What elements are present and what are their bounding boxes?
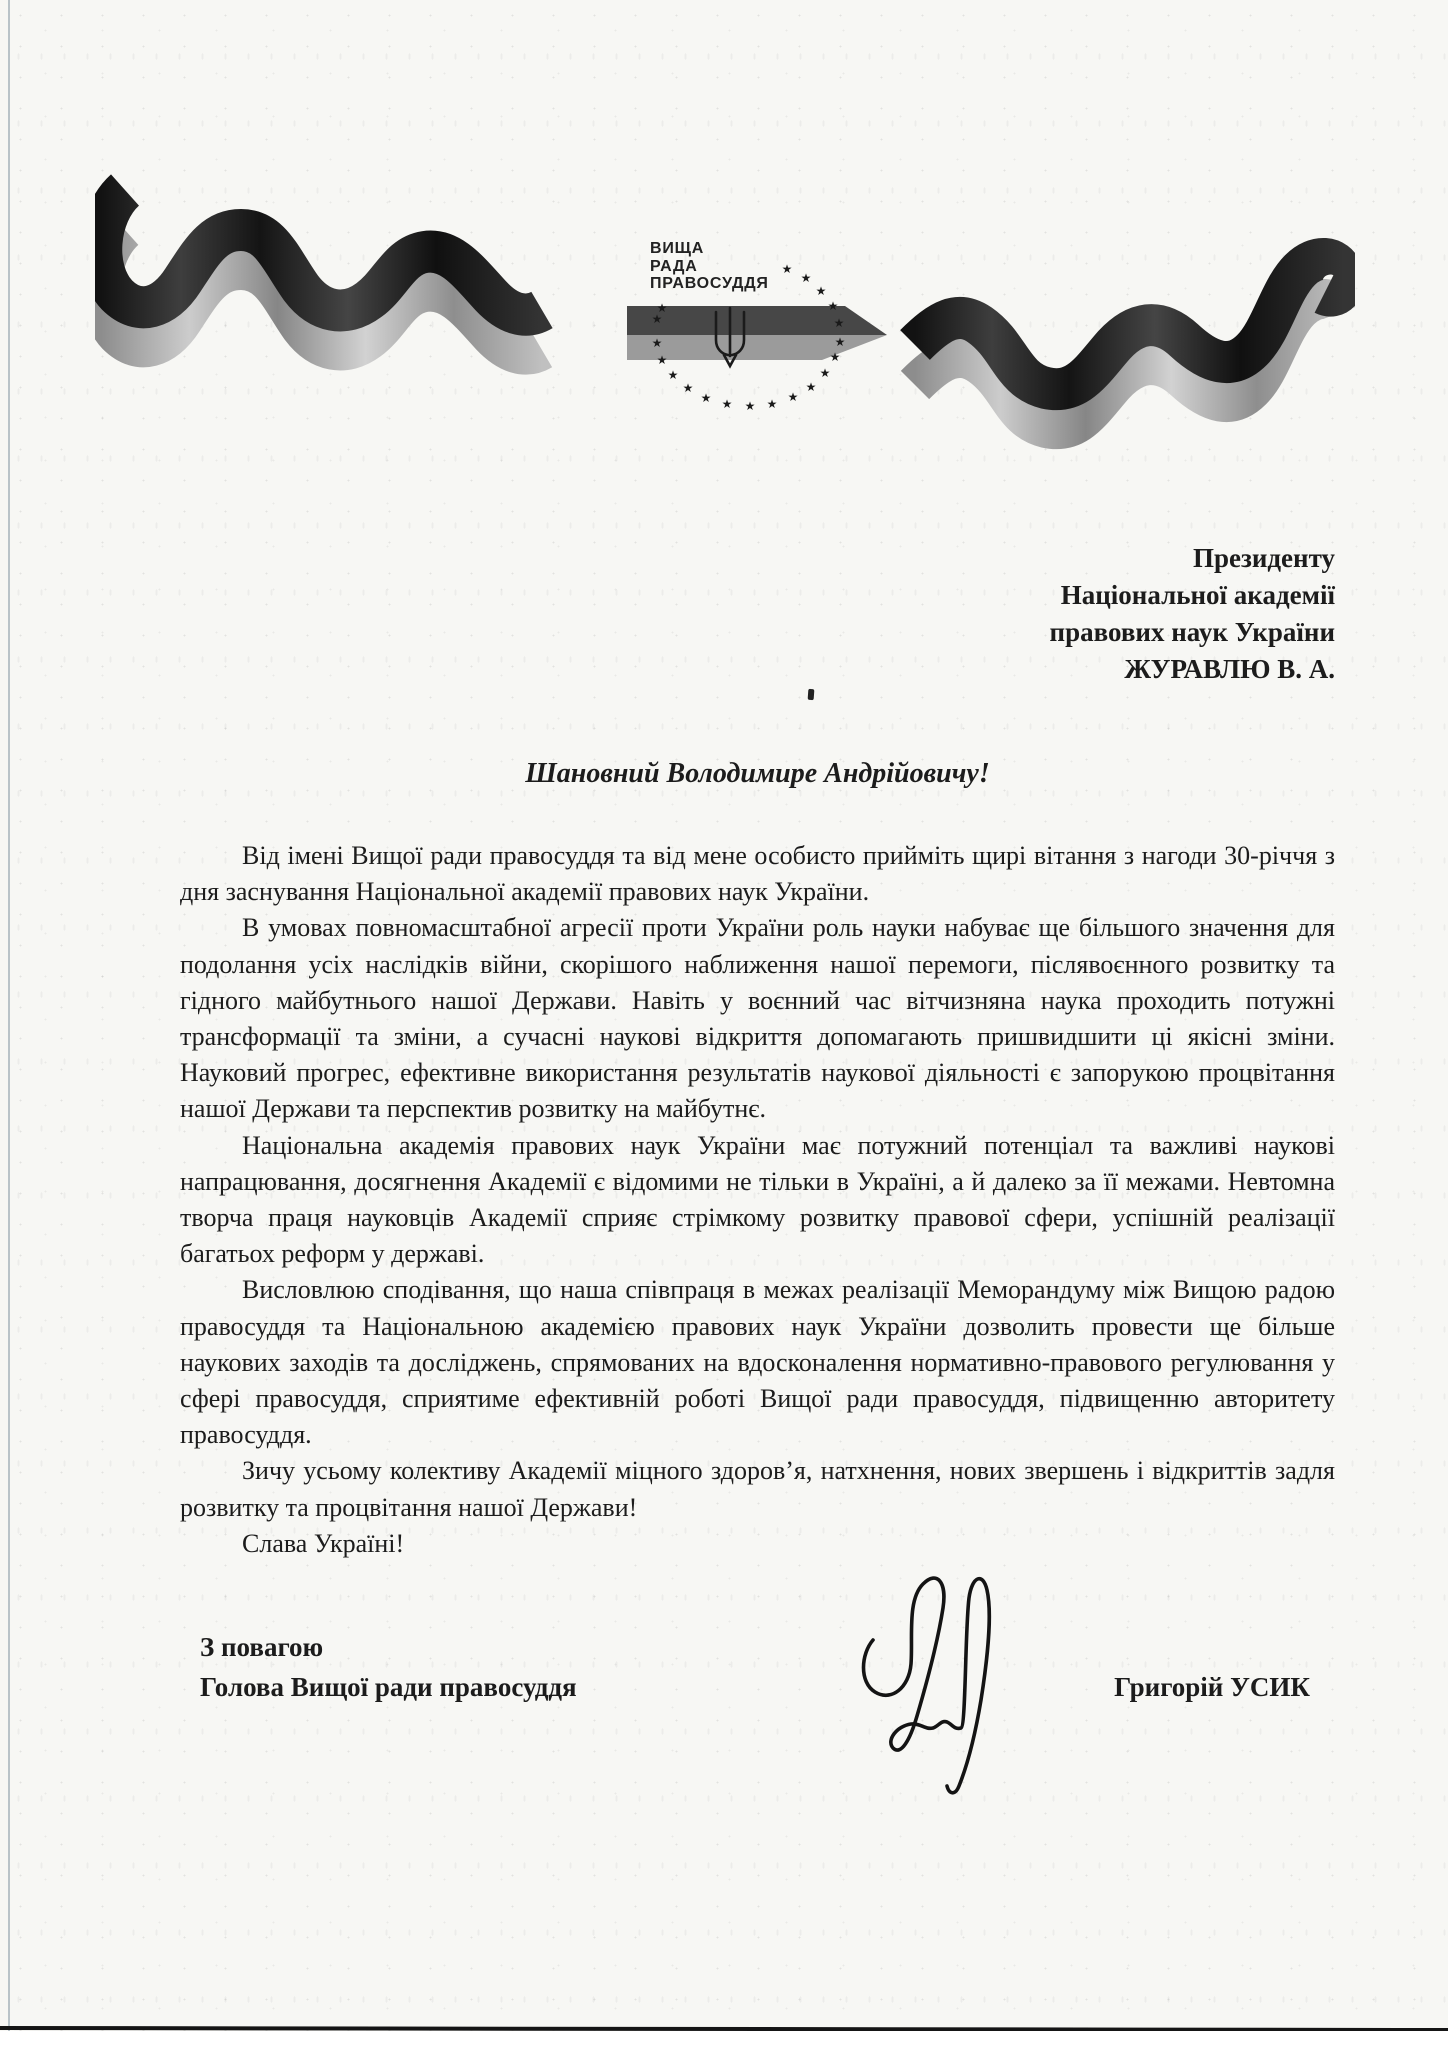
closing-block: З повагою Голова Вищої ради правосуддя Г… <box>200 1632 1335 1703</box>
svg-text:★: ★ <box>652 336 663 350</box>
svg-text:★: ★ <box>701 391 712 405</box>
svg-text:★: ★ <box>722 397 733 411</box>
logo-org-line: РАДА <box>650 258 870 276</box>
recipient-line: Національної академії <box>775 577 1335 614</box>
scan-left-edge-line <box>8 0 10 2048</box>
scan-bottom-margin <box>0 2031 1448 2048</box>
svg-text:★: ★ <box>668 368 679 382</box>
logo-org-name: ВИЩА РАДА ПРАВОСУДДЯ <box>650 240 870 293</box>
logo-org-line: ПРАВОСУДДЯ <box>650 275 870 293</box>
page: ★★★ ★★★ ★★★ ★★★ ★★★ ★★★ ★★ ВИЩА РАДА ПРА… <box>0 0 1448 2048</box>
svg-text:★: ★ <box>788 390 799 404</box>
recipient-block: Президенту Національної академії правови… <box>775 540 1335 688</box>
svg-text:★: ★ <box>657 353 668 367</box>
paragraph: Висловлюю сподівання, що наша співпраця … <box>180 1272 1335 1453</box>
ink-speck <box>808 689 815 700</box>
recipient-line: Президенту <box>775 540 1335 577</box>
signature-handwriting <box>855 1560 1015 1800</box>
signer-title: Голова Вищої ради правосуддя <box>200 1672 577 1703</box>
signer-name: Григорій УСИК <box>1114 1672 1335 1703</box>
recipient-line: правових наук України <box>775 614 1335 651</box>
salutation: Шановний Володимире Андрійовичу! <box>180 758 1335 790</box>
ribbon-right-icon <box>880 160 1355 450</box>
paragraph: В умовах повномасштабної агресії проти У… <box>180 910 1335 1127</box>
valediction: З повагою <box>200 1632 1335 1663</box>
logo-org-line: ВИЩА <box>650 240 870 258</box>
svg-text:★: ★ <box>835 335 846 349</box>
svg-text:★: ★ <box>683 381 694 395</box>
svg-text:★: ★ <box>834 316 845 330</box>
paragraph: Національна академія правових наук Украї… <box>180 1128 1335 1273</box>
svg-text:★: ★ <box>745 399 756 413</box>
recipient-line: ЖУРАВЛЮ В. А. <box>775 651 1335 688</box>
paragraph: Зичу усьому колективу Академії міцного з… <box>180 1453 1335 1525</box>
svg-text:★: ★ <box>657 301 668 315</box>
svg-text:★: ★ <box>828 299 839 313</box>
svg-text:★: ★ <box>767 397 778 411</box>
paragraph: Слава Україні! <box>180 1526 1335 1562</box>
svg-text:★: ★ <box>806 380 817 394</box>
paragraph: Від імені Вищої ради правосуддя та від м… <box>180 838 1335 910</box>
ribbon-left-icon <box>95 160 570 450</box>
letter-body: Від імені Вищої ради правосуддя та від м… <box>180 838 1335 1562</box>
svg-text:★: ★ <box>830 350 841 364</box>
svg-text:★: ★ <box>820 366 831 380</box>
